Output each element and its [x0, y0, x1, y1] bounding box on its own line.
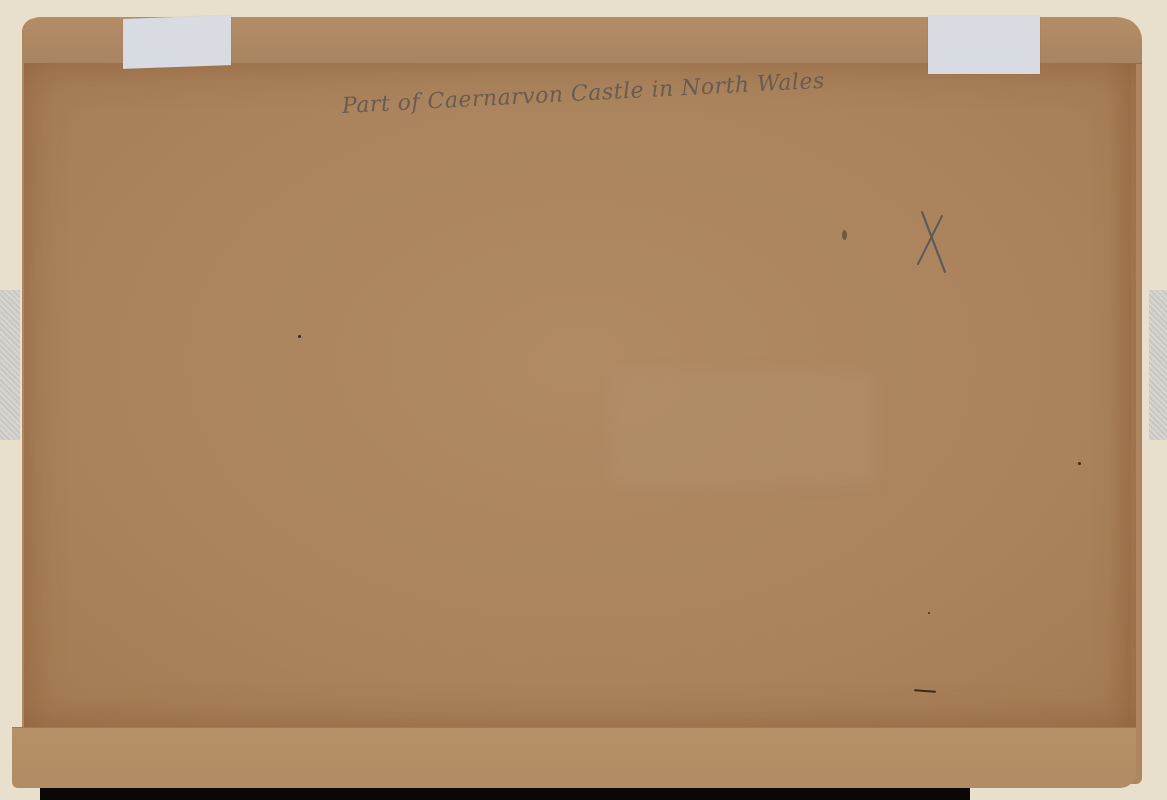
faint-stain	[614, 373, 874, 483]
speck	[1078, 462, 1081, 465]
paper-back	[24, 63, 1136, 727]
speck	[298, 335, 301, 338]
background-edge-left	[0, 290, 20, 440]
pencil-x-mark-icon	[912, 208, 952, 278]
bottom-fold-flap	[12, 727, 1136, 788]
spot	[842, 230, 847, 240]
background-edge-right	[1149, 290, 1167, 440]
speck	[928, 612, 930, 614]
tape-piece-right	[928, 16, 1040, 74]
tape-piece-left	[123, 15, 231, 69]
